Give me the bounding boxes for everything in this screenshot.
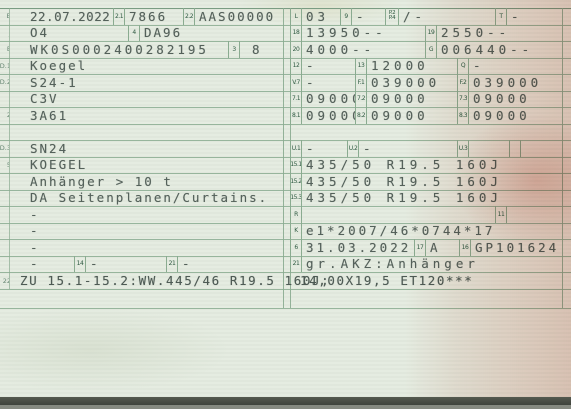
field-label: 9 bbox=[340, 8, 352, 25]
field-label: U.3 bbox=[457, 140, 469, 157]
field-label: 7.1 bbox=[290, 91, 302, 108]
field-label-cut: E bbox=[0, 41, 10, 58]
field-label: U.1 bbox=[290, 140, 302, 157]
field-label-cut: D.2 bbox=[0, 74, 10, 91]
scan-edge-mid bbox=[0, 405, 571, 409]
field-label: 18 bbox=[290, 25, 302, 42]
field-label-text: D.3 bbox=[0, 144, 10, 152]
form-row bbox=[0, 124, 283, 141]
field-value: 09000 bbox=[469, 108, 562, 123]
field-label: F.1 bbox=[355, 74, 367, 91]
scanned-registration-document: B22.07.20222.178662.2AAS00000 -JO44DA96E… bbox=[0, 0, 571, 409]
field-label: 13 bbox=[355, 58, 367, 75]
field-value: /- bbox=[399, 9, 495, 24]
field-value: - bbox=[302, 75, 355, 90]
form-row: 15.3435/50 R19.5 160J bbox=[290, 190, 562, 207]
field-label: 7.2 bbox=[355, 91, 367, 108]
field-label-cut bbox=[0, 124, 10, 141]
field-value: 09000 bbox=[302, 91, 355, 106]
field-value: SN24 bbox=[10, 141, 283, 156]
field-label: 19 bbox=[425, 25, 437, 42]
field-value: 03 bbox=[302, 9, 340, 24]
form-column-left: B22.07.20222.178662.2AAS00000 -JO44DA96E… bbox=[0, 8, 283, 272]
field-label-cut bbox=[0, 173, 10, 190]
field-value: 31.03.2022 bbox=[302, 240, 414, 255]
field-label-cut bbox=[0, 256, 10, 273]
field-label: 4 bbox=[128, 25, 140, 42]
field-label: K bbox=[290, 223, 302, 240]
field-value: DA Seitenplanen/Curtains. bbox=[10, 190, 283, 205]
field-label-cut bbox=[0, 239, 10, 256]
form-row: D.1Koegel bbox=[0, 58, 283, 75]
field-label: 6 bbox=[290, 239, 302, 256]
form-row: R11 bbox=[290, 206, 562, 223]
field-label: T bbox=[495, 8, 507, 25]
field-value: 435/50 R19.5 160J bbox=[302, 157, 562, 172]
field-value: 09000 bbox=[469, 91, 562, 106]
field-value: 8 bbox=[240, 42, 283, 57]
field-value: - bbox=[178, 256, 283, 271]
form-row: 5KOEGEL bbox=[0, 157, 283, 174]
form-row: Ke1*2007/46*0744*17 bbox=[290, 223, 562, 240]
field-value: 09000 bbox=[302, 108, 355, 123]
field-label-cut bbox=[0, 206, 10, 223]
grid-vline bbox=[283, 8, 284, 308]
field-label: 15.2 bbox=[290, 173, 302, 190]
field-value: S24-1 bbox=[10, 75, 283, 90]
form-row: B22.07.20222.178662.2AAS00000 - bbox=[0, 8, 283, 25]
form-row: U.1-U.2-U.3 bbox=[290, 140, 562, 157]
form-row: 8.1090008.2090008.309000 bbox=[290, 107, 562, 124]
field-label: U.2 bbox=[347, 140, 359, 157]
field-value: - bbox=[86, 256, 166, 271]
field-value: GP101624 bbox=[471, 240, 562, 255]
field-label bbox=[509, 140, 521, 157]
field-value: - bbox=[359, 141, 457, 156]
field-label: 17 bbox=[414, 239, 426, 256]
field-label-stacked: P.2P.4 bbox=[385, 8, 399, 25]
field-label-cut: 2 bbox=[0, 107, 10, 124]
form-row: - bbox=[0, 206, 283, 223]
field-label: 7.3 bbox=[457, 91, 469, 108]
field-label: 8.2 bbox=[355, 107, 367, 124]
field-value: 12000 bbox=[367, 58, 457, 73]
field-value: A bbox=[426, 240, 459, 255]
field-label-cut: D.1 bbox=[0, 58, 10, 75]
field-value: e1*2007/46*0744*17 bbox=[302, 223, 562, 238]
form-row: 204000--G006440-- bbox=[290, 41, 562, 58]
field-value: Anhänger > 10 t bbox=[10, 174, 283, 189]
form-row: L039-P.2P.4/-T- bbox=[290, 8, 562, 25]
field-label: 16 bbox=[459, 239, 471, 256]
field-value: - bbox=[10, 256, 74, 271]
grid-hline bbox=[0, 289, 571, 290]
field-value: WK0S0002400282195 bbox=[10, 42, 228, 57]
field-value: 09000 bbox=[367, 91, 457, 106]
field-label: 21 bbox=[290, 256, 302, 273]
field-label-cut bbox=[0, 223, 10, 240]
field-value: 4000-- bbox=[302, 42, 425, 57]
field-label: 11 bbox=[495, 206, 507, 223]
field-value: DA96 bbox=[140, 25, 283, 40]
form-row: 7.1090007.2090007.309000 bbox=[290, 91, 562, 108]
field-label-cut bbox=[0, 91, 10, 108]
field-label: 2.1 bbox=[113, 8, 125, 25]
field-label-text: D.1 bbox=[0, 62, 10, 70]
field-value: - bbox=[352, 9, 385, 24]
scan-edge-dark bbox=[0, 397, 571, 405]
field-label-cut: 5 bbox=[0, 157, 10, 174]
field-value: - bbox=[10, 207, 283, 222]
field-label: F.2 bbox=[457, 74, 469, 91]
field-value: Koegel bbox=[10, 58, 283, 73]
field-value: O4 bbox=[10, 25, 128, 40]
form-row: 15.1435/50 R19.5 160J bbox=[290, 157, 562, 174]
field-label: 20 bbox=[290, 41, 302, 58]
field-value: - bbox=[507, 9, 562, 24]
field-label: 15.1 bbox=[290, 157, 302, 174]
field-value: 435/50 R19.5 160J bbox=[302, 190, 562, 205]
remarks-field-label: 22 bbox=[0, 272, 10, 289]
form-row bbox=[290, 124, 562, 141]
field-label: Q bbox=[457, 58, 469, 75]
field-label: V.7 bbox=[290, 74, 302, 91]
remarks-text-left: ZU 15.1-15.2:WW.445/46 R19.5 160J; bbox=[20, 273, 330, 288]
remarks-row: 22 ZU 15.1-15.2:WW.445/46 R19.5 160J; 14… bbox=[0, 272, 571, 289]
field-label: L bbox=[290, 8, 302, 25]
field-label: 21 bbox=[166, 256, 178, 273]
form-row: 23A61 bbox=[0, 107, 283, 124]
remarks-text-right: 14,00X19,5 ET120*** bbox=[300, 273, 473, 288]
form-row: -14-21- bbox=[0, 256, 283, 273]
field-label-cut: B bbox=[0, 8, 10, 25]
field-label-cut: J bbox=[0, 25, 10, 42]
field-value: 2550-- bbox=[437, 25, 562, 40]
field-value: 039000 bbox=[367, 75, 457, 90]
field-value: - bbox=[10, 223, 283, 238]
field-label: 8.3 bbox=[457, 107, 469, 124]
field-value: KOEGEL bbox=[10, 157, 283, 172]
form-row: JO44DA96 bbox=[0, 25, 283, 42]
form-row: EWK0S000240028219538 bbox=[0, 41, 283, 58]
field-value: - bbox=[469, 58, 562, 73]
field-label: 2.2 bbox=[183, 8, 195, 25]
form-row: V.7-F.1039000F.2039000 bbox=[290, 74, 562, 91]
field-value: 22.07.2022 bbox=[10, 9, 113, 24]
field-value: gr.AKZ:Anhänger bbox=[302, 256, 562, 271]
field-value: 13950-- bbox=[302, 25, 425, 40]
field-label-cut bbox=[0, 190, 10, 207]
field-label-text: D.2 bbox=[0, 78, 10, 86]
field-value: 7866 bbox=[125, 9, 183, 24]
field-value: 3A61 bbox=[10, 108, 283, 123]
field-label: 8.1 bbox=[290, 107, 302, 124]
field-label: 15.3 bbox=[290, 190, 302, 207]
field-value: - bbox=[302, 58, 355, 73]
form-row: C3V bbox=[0, 91, 283, 108]
form-row: 12-1312000Q- bbox=[290, 58, 562, 75]
field-label: G bbox=[425, 41, 437, 58]
field-value: AAS00000 - bbox=[195, 9, 283, 24]
field-label: 14 bbox=[74, 256, 86, 273]
form-row: - bbox=[0, 239, 283, 256]
field-value: 09000 bbox=[367, 108, 457, 123]
form-row: - bbox=[0, 223, 283, 240]
field-value: - bbox=[302, 141, 347, 156]
form-row: 631.03.202217A16GP101624 bbox=[290, 239, 562, 256]
grid-vline bbox=[562, 8, 563, 308]
field-value: - bbox=[10, 240, 283, 255]
field-label: 12 bbox=[290, 58, 302, 75]
grid-hline bbox=[0, 308, 571, 309]
form-row: 21gr.AKZ:Anhänger bbox=[290, 256, 562, 273]
form-row: 1813950--192550-- bbox=[290, 25, 562, 42]
form-row: 15.2435/50 R19.5 160J bbox=[290, 173, 562, 190]
form-column-right: L039-P.2P.4/-T-1813950--192550--204000--… bbox=[290, 8, 562, 272]
field-label: 3 bbox=[228, 41, 240, 58]
field-label: R bbox=[290, 206, 302, 223]
form-row: D.2S24-1 bbox=[0, 74, 283, 91]
form-row: DA Seitenplanen/Curtains. bbox=[0, 190, 283, 207]
form-row: D.3SN24 bbox=[0, 140, 283, 157]
field-value: 006440-- bbox=[437, 42, 562, 57]
field-value: C3V bbox=[10, 91, 283, 106]
field-value: 435/50 R19.5 160J bbox=[302, 174, 562, 189]
field-value: 039000 bbox=[469, 75, 562, 90]
form-row: Anhänger > 10 t bbox=[0, 173, 283, 190]
field-label-text: P.4 bbox=[389, 16, 395, 22]
field-label-cut: D.3 bbox=[0, 140, 10, 157]
